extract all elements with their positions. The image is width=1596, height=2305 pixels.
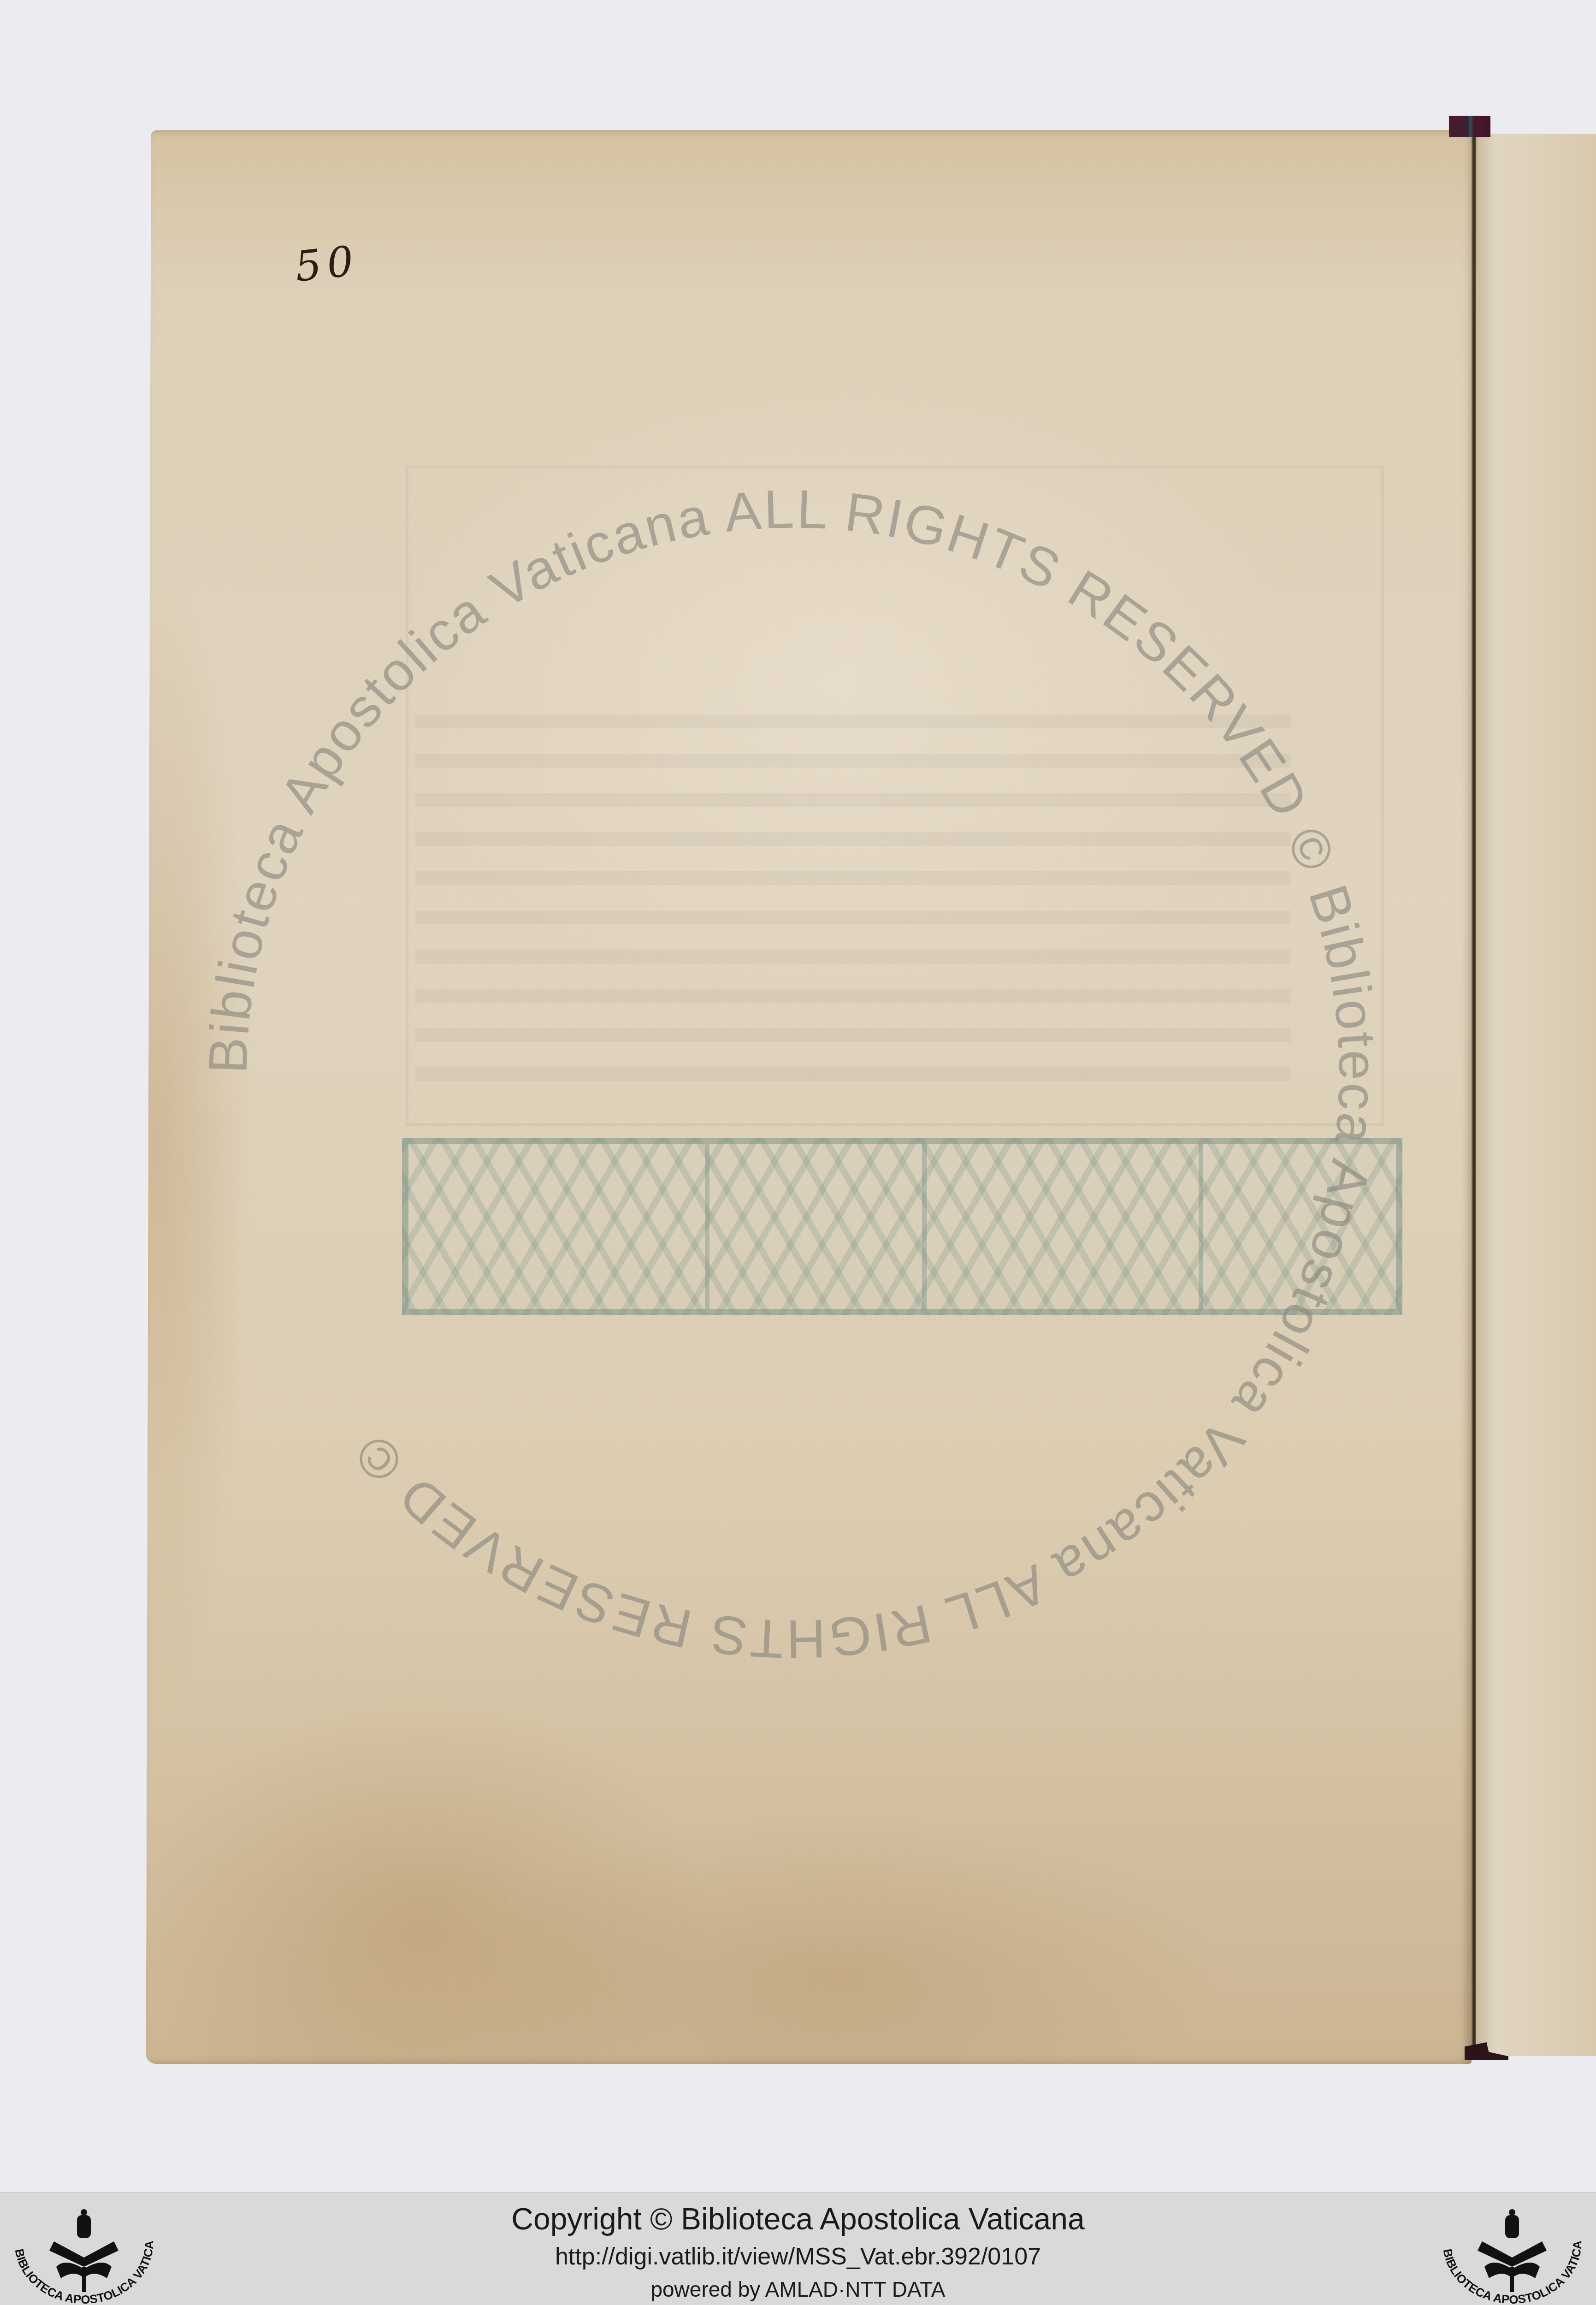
powered-by-text: powered by AMLAD·NTT DATA [0, 2277, 1596, 2302]
copyright-text: Copyright © Biblioteca Apostolica Vatica… [0, 2201, 1596, 2236]
ornament-divider [1199, 1144, 1203, 1309]
ornament-divider [705, 1144, 709, 1309]
folio-number: 50 [293, 236, 361, 291]
bleed-through-text [415, 715, 1291, 1083]
decorative-band-bleed-through [402, 1138, 1402, 1315]
footer-bar: BIBLIOTECA APOSTOLICA VATICANA Copyright… [0, 2192, 1596, 2305]
vatican-library-logo-icon: BIBLIOTECA APOSTOLICA VATICANA [1434, 2202, 1590, 2305]
image-viewer: 50 Biblioteca Apostolica Vaticana ALL RI… [0, 0, 1596, 2192]
headband-top [1449, 116, 1490, 137]
permalink-url[interactable]: http://digi.vatlib.it/view/MSS_Vat.ebr.3… [0, 2243, 1596, 2270]
gutter-fold [1472, 134, 1476, 2056]
facing-page-edge [1476, 134, 1596, 2056]
ornament-divider [922, 1144, 927, 1309]
